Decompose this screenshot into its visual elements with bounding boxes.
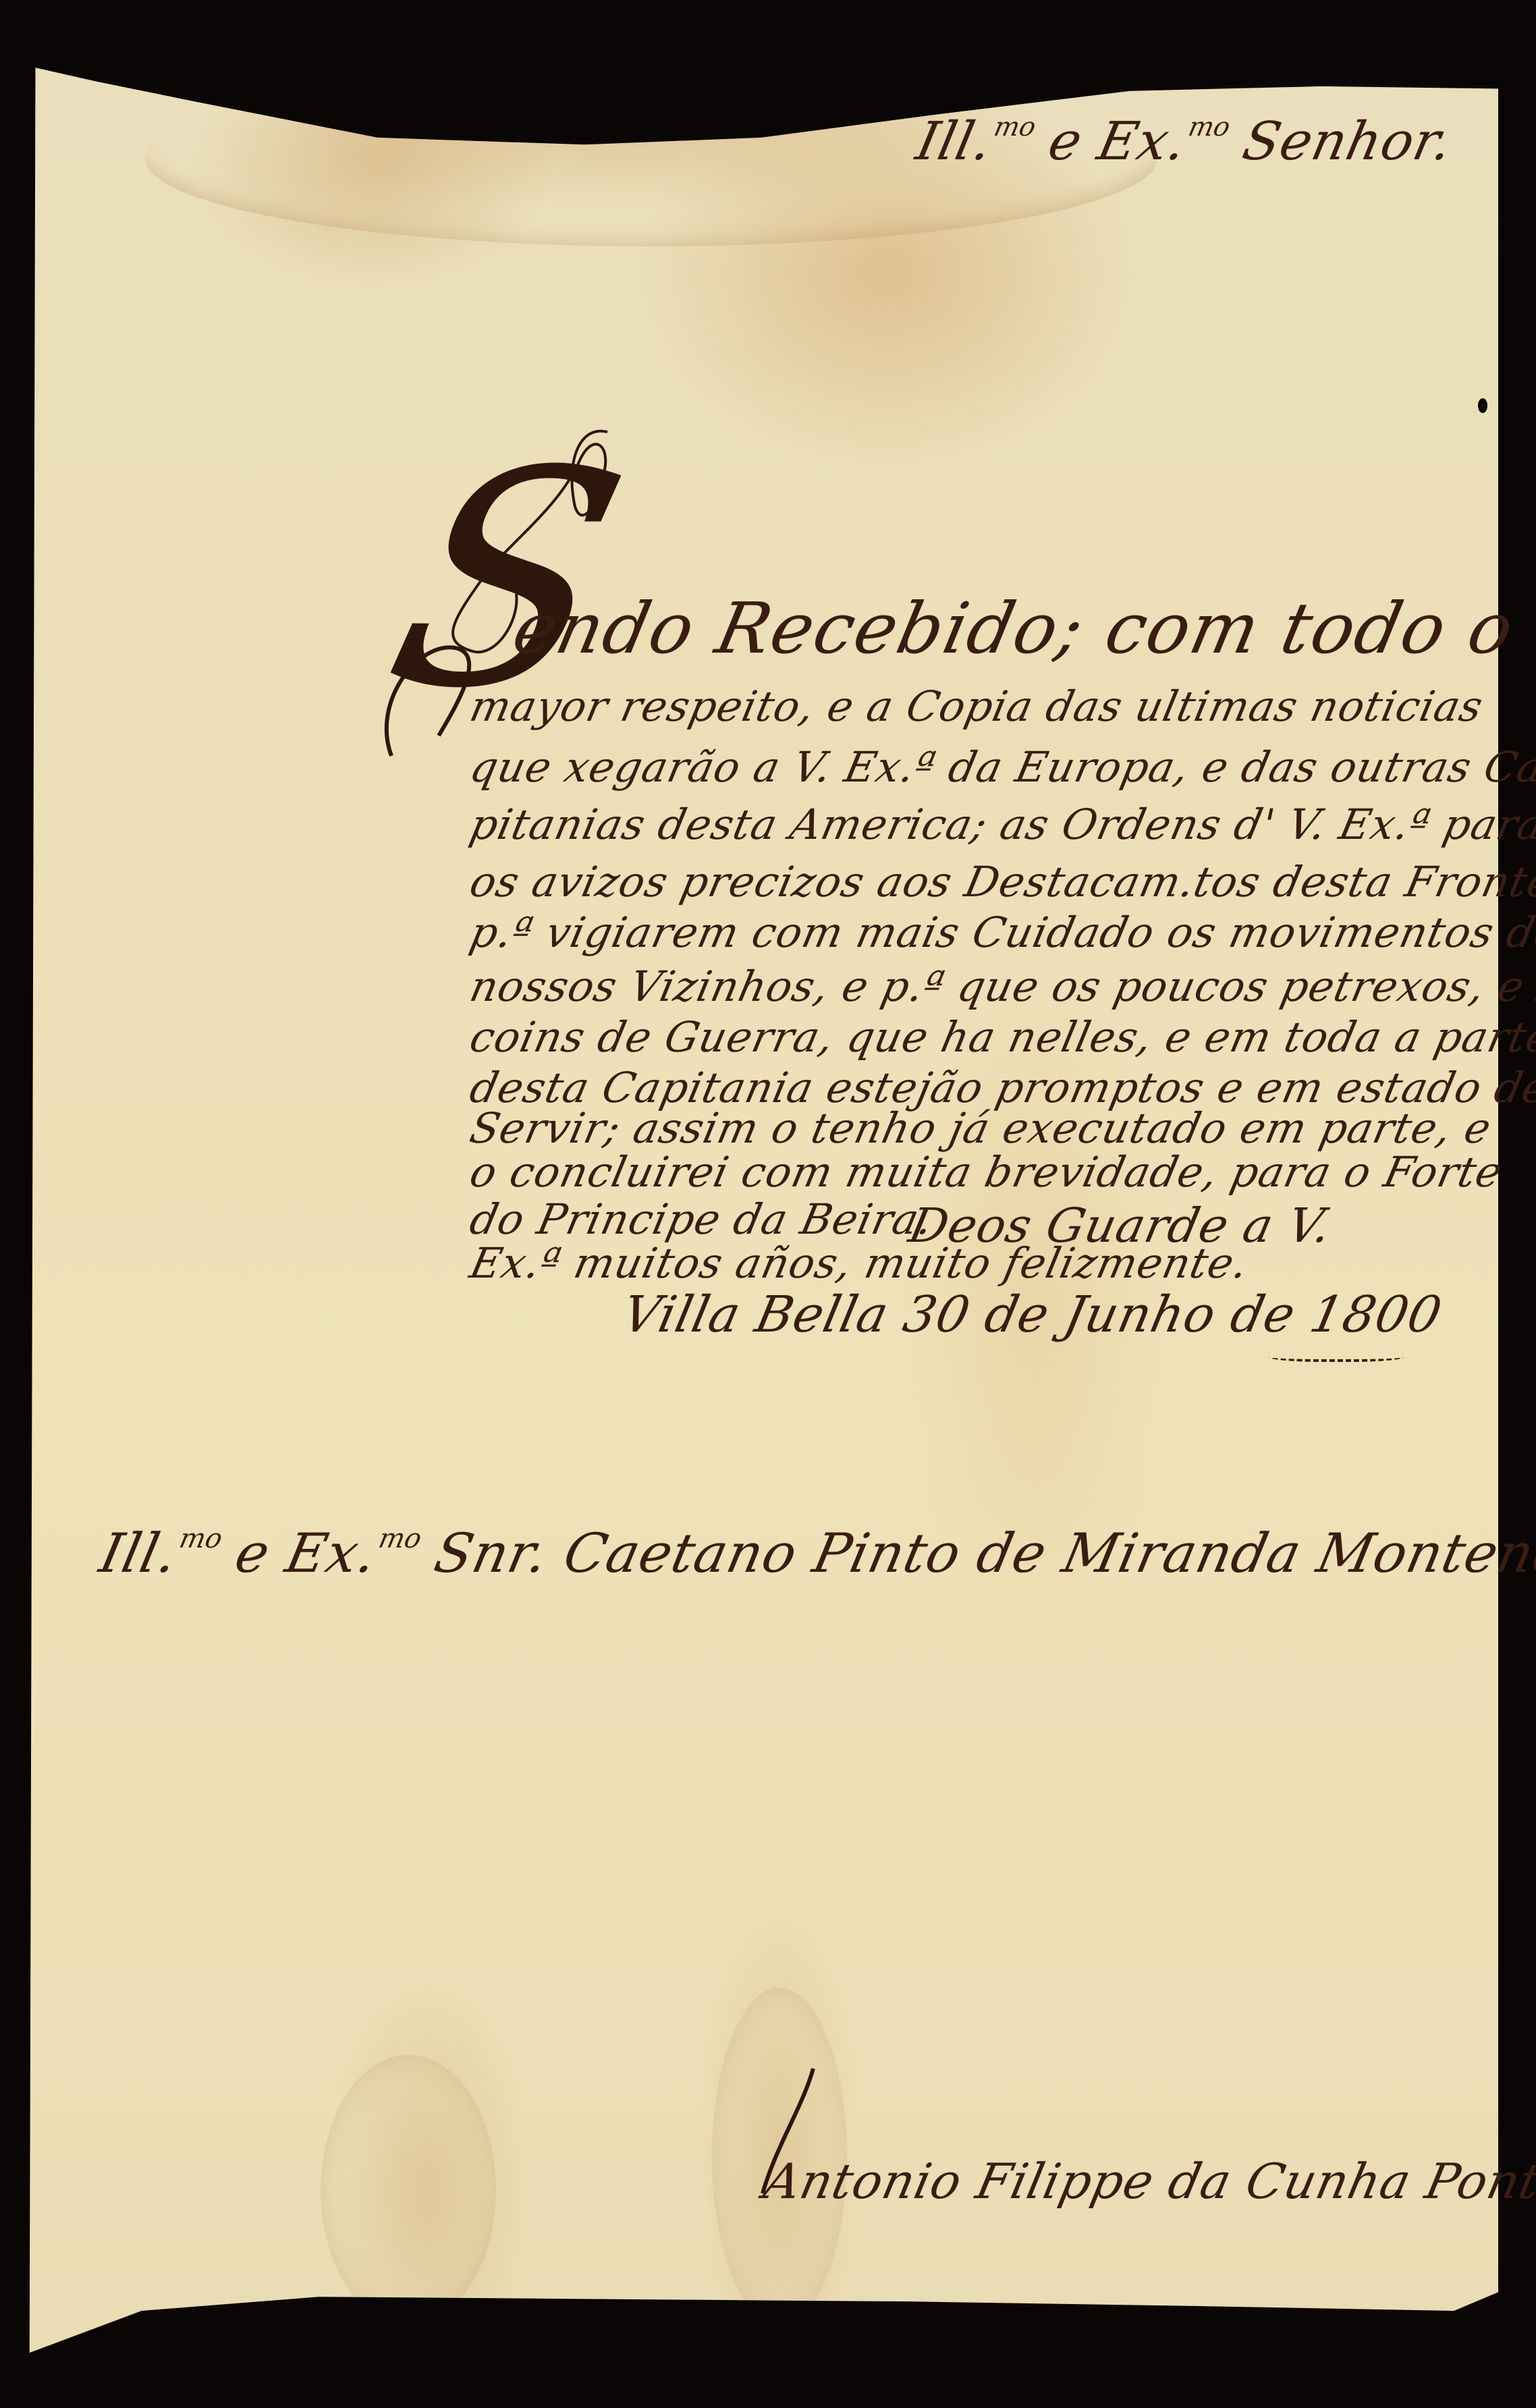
salutation-conj: e xyxy=(1026,111,1105,172)
salutation-sup-mo-2: mo xyxy=(1186,112,1233,142)
water-stain-bottom-left xyxy=(321,2055,496,2325)
salutation-title: Senhor. xyxy=(1220,111,1458,172)
salutation-sup-mo-1: mo xyxy=(991,112,1039,142)
addressee-name: Snr. Caetano Pinto de Miranda Montenegro… xyxy=(411,1522,1536,1585)
salutation: Ill.mo e Ex.mo Senhor. xyxy=(911,111,1458,172)
salutation-ex: Ex. xyxy=(1093,111,1192,172)
addressee: Ill.mo e Ex.mo Snr. Caetano Pinto de Mir… xyxy=(94,1522,1536,1585)
salutation-ill: Ill. xyxy=(911,111,998,172)
body-line-1: mayor respeito, e a Copia das ultimas no… xyxy=(466,682,1487,731)
addressee-ill: Ill. xyxy=(94,1522,184,1585)
closing-line: Ex.ª muitos años, muito felizmente. xyxy=(466,1238,1253,1288)
paper-hole xyxy=(1478,398,1487,413)
signature: Antonio Filippe da Cunha Ponte. xyxy=(759,2153,1536,2210)
addressee-sup-mo-2: mo xyxy=(376,1523,424,1554)
body-line-3: pitanias desta America; as Ordens d' V. … xyxy=(466,800,1536,849)
body-line-7: coins de Guerra, que ha nelles, e em tod… xyxy=(466,1012,1536,1062)
dateline: Villa Bella 30 de Junho de 1800 xyxy=(618,1286,1447,1344)
body-line-11: do Principe da Beira. xyxy=(466,1195,938,1244)
date-underline xyxy=(1269,1350,1404,1362)
body-line-2: que xegarão a V. Ex.ª da Europa, e das o… xyxy=(466,742,1536,792)
addressee-ex: Ex. xyxy=(280,1522,383,1585)
body-line-6: nossos Vizinhos, e p.ª que os poucos pet… xyxy=(466,962,1536,1011)
body-line-4: os avizos precizos aos Destacam.tos dest… xyxy=(466,857,1536,906)
body-line-9: Servir; assim o tenho já executado em pa… xyxy=(466,1103,1496,1153)
opening-line: endo Recebido; com todo o xyxy=(506,587,1522,669)
body-line-10: o concluirei com muita brevidade, para o… xyxy=(466,1147,1507,1197)
addressee-sup-mo-1: mo xyxy=(177,1523,225,1554)
body-line-5: p.ª vigiarem com mais Cuidado os movimen… xyxy=(466,908,1536,957)
